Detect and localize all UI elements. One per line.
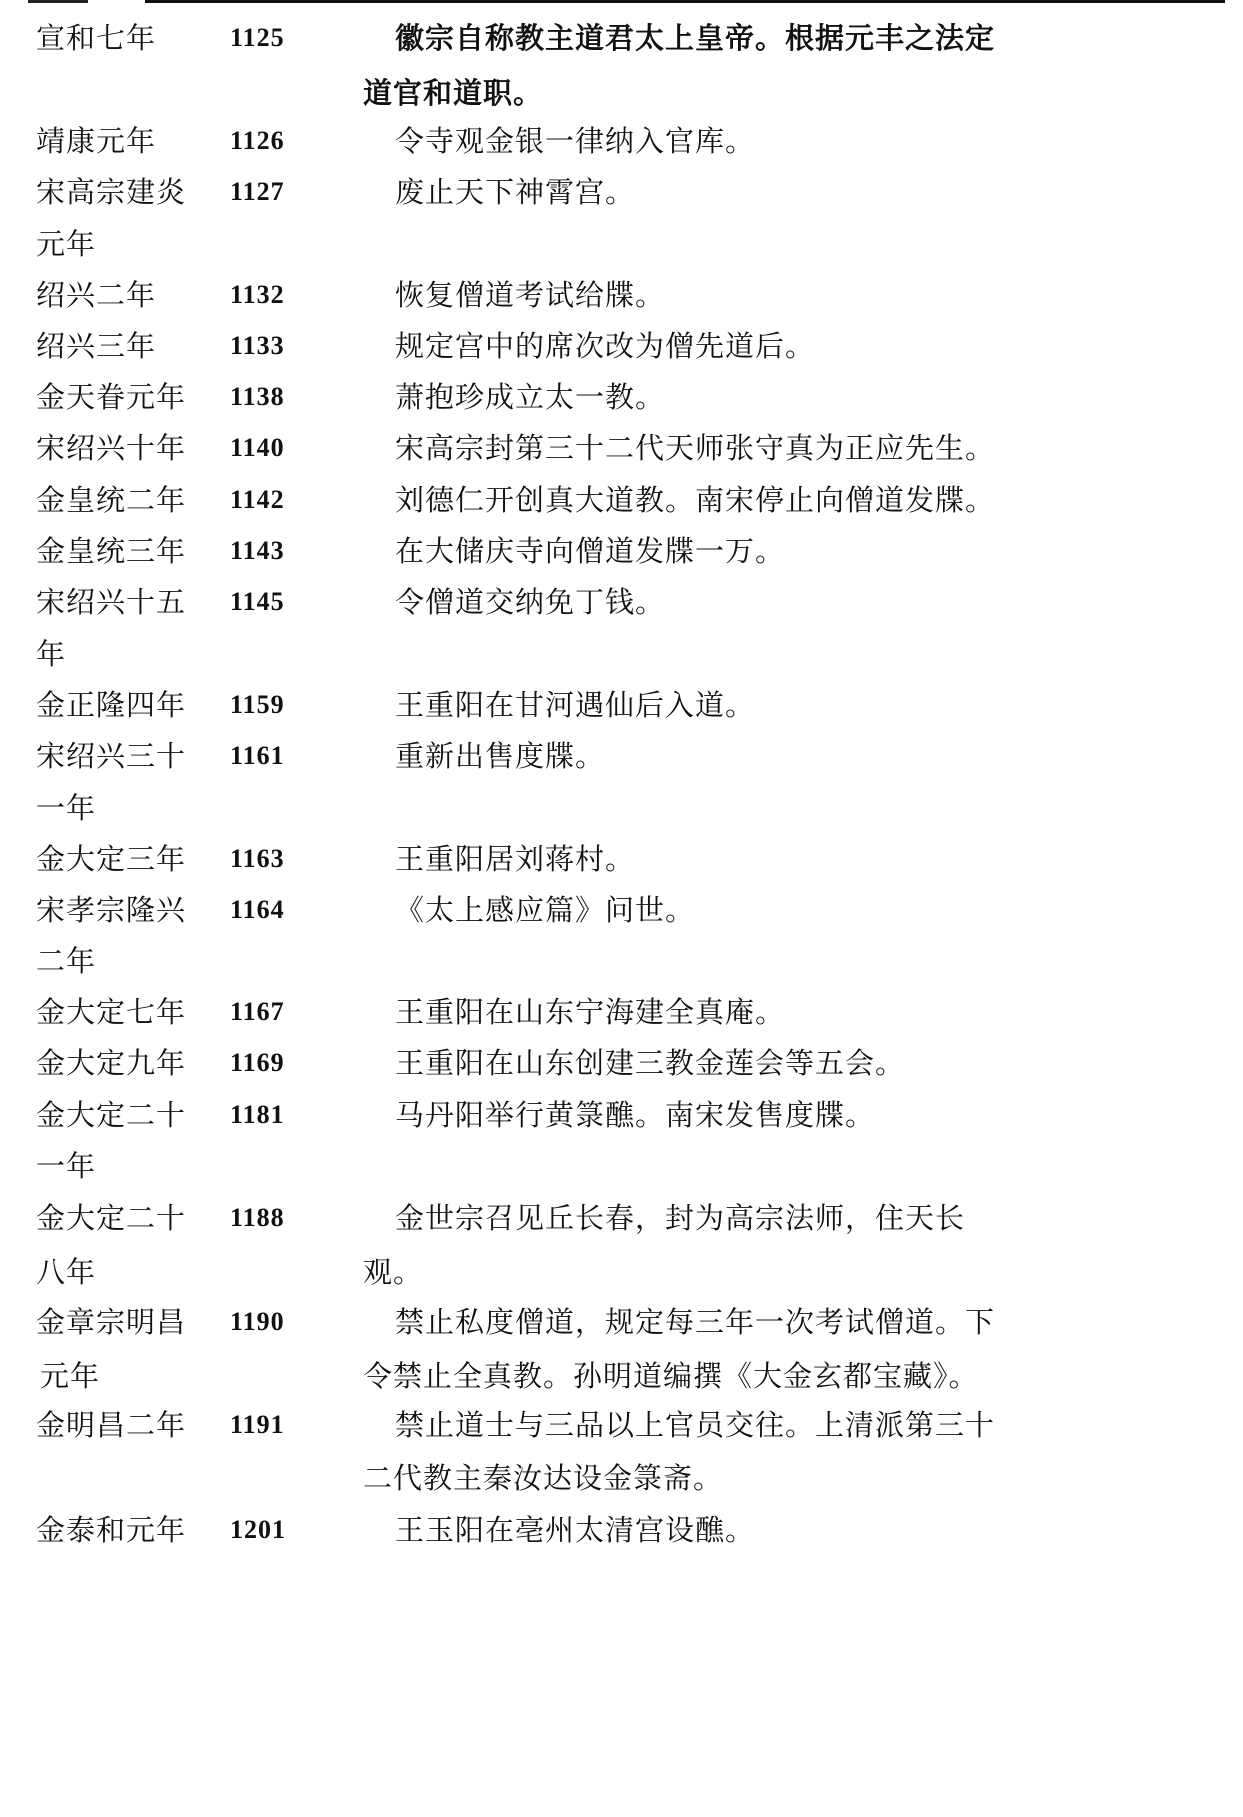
event-text: 禁止私度僧道，规定每三年一次考试僧道。下 xyxy=(395,1302,995,1342)
era-name: 靖康元年 xyxy=(36,121,156,161)
era-name: 绍兴二年 xyxy=(36,275,156,315)
year: 1133 xyxy=(230,326,285,366)
year: 1167 xyxy=(230,992,285,1032)
event-text: 重新出售度牒。 xyxy=(395,736,605,776)
event-text: 在大储庆寺向僧道发牒一万。 xyxy=(395,531,785,571)
era-name-continuation: 元年 xyxy=(40,1356,100,1396)
event-text: 王重阳居刘蒋村。 xyxy=(395,839,635,879)
event-text: 宋高宗封第三十二代天师张守真为正应先生。 xyxy=(395,428,995,468)
era-name: 金皇统三年 xyxy=(36,531,186,571)
year: 1191 xyxy=(230,1405,285,1445)
year: 1140 xyxy=(230,428,285,468)
event-text-continuation: 令禁止全真教。孙明道编撰《大金玄都宝藏》。 xyxy=(363,1356,979,1396)
event-text-continuation: 二代教主秦汝达设金箓斋。 xyxy=(363,1458,723,1498)
event-text: 刘德仁开创真大道教。南宋停止向僧道发牒。 xyxy=(395,480,995,520)
era-name: 金大定七年 xyxy=(36,992,186,1032)
event-text: 徽宗自称教主道君太上皇帝。根据元丰之法定 xyxy=(395,18,995,58)
era-name-continuation: 年 xyxy=(36,634,66,674)
era-name: 金正隆四年 xyxy=(36,685,186,725)
year: 1201 xyxy=(230,1510,286,1550)
year: 1181 xyxy=(230,1095,285,1135)
year: 1145 xyxy=(230,582,285,622)
era-name: 宋孝宗隆兴 xyxy=(36,890,186,930)
year: 1143 xyxy=(230,531,285,571)
year: 1188 xyxy=(230,1198,285,1238)
event-text-continuation: 道官和道职。 xyxy=(363,73,543,113)
era-name-continuation: 二年 xyxy=(36,941,96,981)
year: 1138 xyxy=(230,377,285,417)
era-name: 金大定二十 xyxy=(36,1095,186,1135)
era-name: 金明昌二年 xyxy=(36,1405,186,1445)
event-text: 王玉阳在亳州太清宫设醮。 xyxy=(395,1510,755,1550)
event-text: 王重阳在甘河遇仙后入道。 xyxy=(395,685,755,725)
year: 1127 xyxy=(230,172,285,212)
era-name: 金泰和元年 xyxy=(36,1510,186,1550)
year: 1163 xyxy=(230,839,285,879)
event-text: 废止天下神霄宫。 xyxy=(395,172,635,212)
event-text: 禁止道士与三品以上官员交往。上清派第三十 xyxy=(395,1405,995,1445)
year: 1142 xyxy=(230,480,285,520)
event-text: 萧抱珍成立太一教。 xyxy=(395,377,665,417)
year: 1125 xyxy=(230,18,285,58)
era-name-continuation: 元年 xyxy=(36,224,96,264)
era-name: 金大定九年 xyxy=(36,1043,186,1083)
year: 1190 xyxy=(230,1302,285,1342)
era-name: 宋绍兴十五 xyxy=(36,582,186,622)
era-name: 金章宗明昌 xyxy=(36,1302,186,1342)
year: 1159 xyxy=(230,685,285,725)
year: 1132 xyxy=(230,275,285,315)
chronology-table: 宣和七年 1125 徽宗自称教主道君太上皇帝。根据元丰之法定 道官和道职。 靖康… xyxy=(0,0,1243,1817)
era-name: 宣和七年 xyxy=(36,18,156,58)
event-text: 王重阳在山东创建三教金莲会等五会。 xyxy=(395,1043,905,1083)
event-text: 恢复僧道考试给牒。 xyxy=(395,275,665,315)
year: 1161 xyxy=(230,736,285,776)
event-text: 马丹阳举行黄箓醮。南宋发售度牒。 xyxy=(395,1095,875,1135)
year: 1164 xyxy=(230,890,285,930)
year: 1169 xyxy=(230,1043,285,1083)
year: 1126 xyxy=(230,121,285,161)
era-name: 金大定二十 xyxy=(36,1198,186,1238)
era-name: 宋绍兴十年 xyxy=(36,428,186,468)
event-text: 金世宗召见丘长春，封为高宗法师，住天长 xyxy=(395,1198,965,1238)
event-text: 规定宫中的席次改为僧先道后。 xyxy=(395,326,815,366)
era-name: 宋高宗建炎 xyxy=(36,172,186,212)
era-name: 金天眷元年 xyxy=(36,377,186,417)
event-text: 令僧道交纳免丁钱。 xyxy=(395,582,665,622)
era-name: 金皇统二年 xyxy=(36,480,186,520)
event-text-continuation: 观。 xyxy=(363,1252,423,1292)
era-name: 绍兴三年 xyxy=(36,326,156,366)
era-name-continuation: 一年 xyxy=(36,788,96,828)
event-text: 《太上感应篇》问世。 xyxy=(395,890,695,930)
era-name: 金大定三年 xyxy=(36,839,186,879)
era-name-continuation: 八年 xyxy=(36,1252,96,1292)
event-text: 令寺观金银一律纳入官库。 xyxy=(395,121,755,161)
event-text: 王重阳在山东宁海建全真庵。 xyxy=(395,992,785,1032)
era-name: 宋绍兴三十 xyxy=(36,736,186,776)
era-name-continuation: 一年 xyxy=(36,1146,96,1186)
